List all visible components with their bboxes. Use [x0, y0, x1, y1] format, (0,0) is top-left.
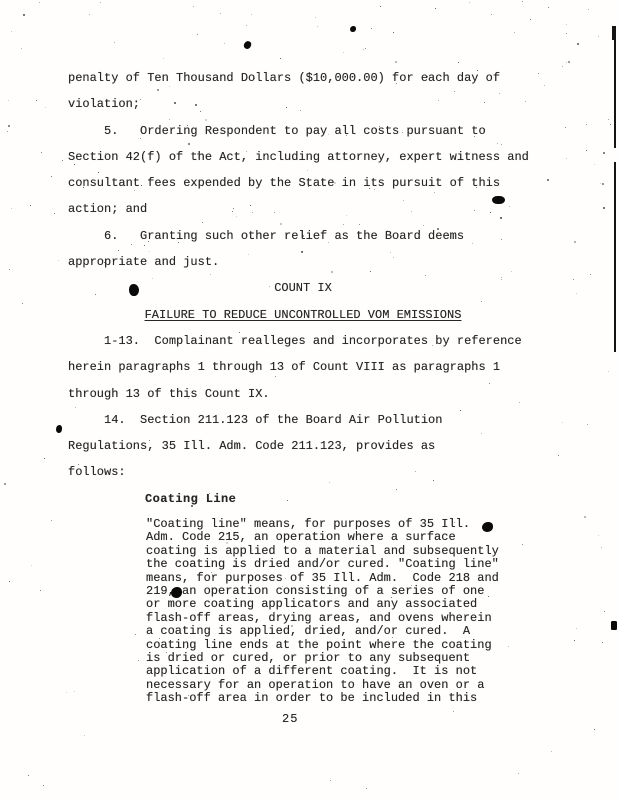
noise-speck: [287, 500, 288, 501]
noise-speck: [415, 471, 416, 472]
noise-speck: [232, 211, 233, 212]
noise-speck: [454, 91, 455, 92]
noise-speck: [594, 164, 595, 165]
ink-blot: [492, 196, 505, 204]
noise-speck: [254, 78, 255, 79]
ink-blot: [171, 587, 182, 598]
noise-speck: [547, 179, 549, 181]
noise-speck: [66, 692, 67, 693]
ink-speck: [56, 425, 62, 433]
document-page: penalty of Ten Thousand Dollars ($10,000…: [0, 0, 618, 800]
noise-speck: [7, 131, 8, 132]
noise-speck: [157, 89, 159, 91]
noise-speck: [114, 42, 115, 43]
noise-speck: [8, 100, 9, 101]
noise-speck: [250, 205, 251, 206]
text-line: violation;: [68, 91, 538, 117]
noise-speck: [566, 24, 567, 25]
noise-speck: [610, 124, 611, 125]
noise-speck: [328, 157, 329, 158]
noise-speck: [509, 206, 510, 207]
quote-line: the coating is dried and/or cured. "Coat…: [146, 558, 499, 571]
quote-line: means, for purposes of 35 Ill. Adm. Code…: [146, 572, 499, 585]
noise-speck: [344, 185, 345, 186]
noise-speck: [135, 634, 136, 635]
ink-speck: [243, 40, 252, 50]
noise-speck: [36, 100, 37, 101]
noise-speck: [302, 235, 304, 237]
noise-speck: [390, 252, 391, 253]
noise-speck: [83, 187, 84, 188]
noise-speck: [551, 751, 552, 752]
definition-heading: Coating Line: [145, 492, 236, 506]
noise-speck: [280, 58, 281, 59]
noise-speck: [577, 43, 579, 45]
noise-speck: [62, 160, 63, 161]
text-line: 1-13. Complainant realleges and incorpor…: [68, 328, 538, 354]
noise-speck: [587, 424, 588, 425]
scan-edge-line: [612, 26, 616, 40]
text-line: appropriate and just.: [68, 249, 538, 275]
noise-speck: [104, 262, 105, 263]
noise-speck: [286, 107, 287, 108]
noise-speck: [501, 279, 502, 280]
noise-speck: [530, 19, 531, 20]
noise-speck: [41, 152, 42, 153]
quote-line: coating line ends at the point where the…: [146, 639, 499, 652]
noise-speck: [562, 66, 563, 67]
noise-speck: [78, 464, 79, 465]
noise-speck: [74, 164, 75, 165]
noise-speck: [602, 183, 604, 185]
noise-speck: [522, 1, 523, 2]
noise-speck: [118, 250, 119, 251]
noise-speck: [40, 590, 41, 591]
noise-speck: [22, 303, 23, 304]
noise-speck: [469, 2, 470, 3]
noise-speck: [248, 254, 249, 255]
ink-speck: [350, 26, 356, 32]
noise-speck: [274, 212, 275, 213]
noise-speck: [238, 579, 239, 580]
noise-speck: [134, 190, 135, 191]
noise-speck: [294, 289, 295, 290]
noise-speck: [11, 208, 12, 209]
noise-speck: [598, 535, 599, 536]
noise-speck: [370, 271, 371, 272]
text-line: 14. Section 211.123 of the Board Air Pol…: [68, 407, 538, 433]
noise-speck: [30, 205, 31, 206]
noise-speck: [188, 143, 190, 145]
noise-speck: [346, 135, 347, 136]
noise-speck: [365, 48, 366, 49]
noise-speck: [84, 735, 85, 736]
noise-speck: [8, 125, 10, 127]
noise-speck: [23, 14, 25, 16]
noise-speck: [169, 86, 170, 87]
noise-speck: [195, 104, 197, 106]
noise-speck: [602, 642, 603, 643]
noise-speck: [43, 785, 44, 786]
noise-speck: [334, 182, 336, 184]
noise-speck: [603, 152, 605, 154]
noise-speck: [233, 565, 235, 567]
noise-speck: [586, 150, 587, 151]
noise-speck: [476, 187, 477, 188]
noise-speck: [131, 244, 132, 245]
noise-speck: [433, 480, 434, 481]
text-line: follows:: [68, 459, 538, 485]
noise-speck: [178, 242, 179, 243]
noise-speck: [285, 578, 286, 579]
noise-speck: [236, 216, 237, 217]
noise-speck: [209, 493, 210, 494]
noise-speck: [379, 126, 380, 127]
noise-speck: [343, 52, 344, 53]
scan-edge-line: [614, 162, 616, 352]
main-text-block: penalty of Ten Thousand Dollars ($10,000…: [68, 65, 538, 486]
noise-speck: [437, 228, 439, 230]
noise-speck: [282, 586, 283, 587]
noise-speck: [363, 49, 364, 50]
noise-speck: [346, 215, 347, 216]
noise-speck: [188, 695, 189, 696]
noise-speck: [366, 788, 367, 789]
scan-edge-line: [614, 26, 616, 148]
noise-speck: [387, 230, 388, 231]
noise-speck: [491, 14, 492, 15]
noise-speck: [501, 144, 502, 145]
noise-speck: [246, 151, 247, 152]
noise-speck: [514, 32, 515, 33]
noise-speck: [149, 440, 150, 441]
count-subheading: FAILURE TO REDUCE UNCONTROLLED VOM EMISS…: [68, 302, 538, 328]
noise-speck: [586, 124, 587, 125]
noise-speck: [89, 14, 90, 15]
noise-speck: [566, 158, 567, 159]
ink-blot: [129, 284, 139, 296]
noise-speck: [210, 274, 211, 275]
noise-speck: [58, 260, 59, 261]
noise-speck: [500, 217, 502, 219]
noise-speck: [432, 345, 433, 346]
noise-speck: [265, 547, 266, 548]
noise-speck: [149, 251, 150, 252]
noise-speck: [411, 585, 412, 586]
quote-line: necessary for an operation to have an ov…: [146, 679, 499, 692]
noise-speck: [501, 239, 502, 240]
noise-speck: [140, 99, 141, 100]
noise-speck: [393, 32, 394, 33]
noise-speck: [601, 547, 602, 548]
noise-speck: [169, 119, 170, 120]
noise-speck: [379, 363, 380, 364]
noise-speck: [518, 773, 519, 774]
noise-speck: [300, 110, 301, 111]
noise-speck: [51, 520, 52, 521]
noise-speck: [31, 565, 32, 566]
ink-blot: [482, 522, 493, 532]
noise-speck: [474, 136, 475, 137]
noise-speck: [434, 192, 435, 193]
noise-speck: [9, 581, 10, 582]
noise-speck: [395, 61, 397, 63]
noise-speck: [402, 132, 403, 133]
noise-speck: [484, 102, 485, 103]
noise-speck: [45, 107, 46, 108]
noise-speck: [54, 213, 55, 214]
noise-speck: [501, 277, 502, 278]
noise-speck: [329, 482, 330, 483]
noise-speck: [576, 293, 577, 294]
noise-speck: [28, 775, 29, 776]
noise-speck: [51, 176, 52, 177]
noise-speck: [205, 119, 207, 121]
quote-line: 219, an operation consisting of a series…: [146, 585, 499, 598]
noise-speck: [481, 433, 482, 434]
noise-speck: [374, 189, 375, 190]
noise-speck: [291, 625, 293, 627]
quote-line: a coating is applied, dried, and/or cure…: [146, 625, 499, 638]
noise-speck: [576, 628, 577, 629]
noise-speck: [519, 402, 520, 403]
noise-speck: [393, 257, 394, 258]
noise-speck: [269, 286, 270, 287]
noise-speck: [44, 458, 45, 459]
noise-speck: [98, 172, 99, 173]
ink-speck: [611, 621, 617, 630]
noise-speck: [301, 251, 303, 253]
quote-line: is dried or cured, or prior to any subse…: [146, 652, 499, 665]
text-line: through 13 of this Count IX.: [68, 381, 538, 407]
noise-speck: [21, 48, 22, 49]
text-line: herein paragraphs 1 through 13 of Count …: [68, 354, 538, 380]
noise-speck: [163, 58, 164, 59]
noise-speck: [186, 648, 187, 649]
noise-speck: [252, 212, 253, 213]
noise-speck: [598, 36, 599, 37]
noise-speck: [511, 271, 512, 272]
noise-speck: [200, 111, 201, 112]
text-line: action; and: [68, 196, 538, 222]
noise-speck: [141, 185, 142, 186]
noise-speck: [202, 222, 203, 223]
noise-speck: [603, 207, 605, 209]
noise-speck: [191, 505, 193, 507]
noise-speck: [144, 245, 145, 246]
noise-speck: [403, 200, 404, 201]
noise-speck: [308, 186, 309, 187]
noise-speck: [233, 208, 234, 209]
noise-speck: [331, 271, 333, 273]
noise-speck: [566, 62, 567, 63]
noise-speck: [148, 241, 149, 242]
noise-speck: [608, 371, 609, 372]
noise-speck: [320, 185, 321, 186]
noise-speck: [9, 269, 10, 270]
noise-speck: [392, 637, 393, 638]
noise-speck: [396, 83, 397, 84]
noise-speck: [220, 13, 221, 14]
noise-speck: [558, 455, 559, 456]
noise-speck: [193, 6, 194, 7]
noise-speck: [330, 780, 331, 781]
noise-speck: [423, 225, 424, 226]
noise-speck: [138, 660, 139, 661]
noise-speck: [75, 407, 76, 408]
noise-speck: [246, 25, 247, 26]
noise-speck: [328, 134, 329, 135]
noise-speck: [499, 93, 500, 94]
noise-speck: [307, 170, 308, 171]
noise-speck: [425, 275, 426, 276]
noise-speck: [497, 143, 498, 144]
noise-speck: [226, 542, 228, 544]
noise-speck: [604, 611, 605, 612]
noise-speck: [275, 376, 276, 377]
noise-speck: [411, 211, 412, 212]
noise-speck: [460, 410, 461, 411]
noise-speck: [454, 522, 455, 523]
noise-speck: [435, 8, 436, 9]
noise-speck: [328, 242, 329, 243]
noise-speck: [317, 26, 318, 27]
quote-line: flash-off areas, drying areas, and ovens…: [146, 612, 499, 625]
quote-line: application of a different coating. It i…: [146, 665, 499, 678]
noise-speck: [152, 278, 153, 279]
noise-speck: [588, 9, 589, 10]
noise-speck: [280, 223, 282, 225]
noise-speck: [481, 301, 482, 302]
noise-speck: [264, 155, 265, 156]
noise-speck: [594, 729, 595, 730]
noise-speck: [166, 652, 167, 653]
quote-line: Adm. Code 215, an operation where a surf…: [146, 531, 499, 544]
noise-speck: [438, 100, 439, 101]
noise-speck: [224, 43, 225, 44]
noise-speck: [458, 62, 459, 63]
noise-speck: [4, 483, 6, 485]
noise-speck: [188, 398, 189, 399]
quote-line: flash-off area in order to be included i…: [146, 692, 499, 705]
text-line: 5. Ordering Respondent to pay all costs …: [68, 118, 538, 144]
noise-speck: [100, 2, 101, 3]
noise-speck: [239, 332, 240, 333]
noise-speck: [590, 274, 591, 275]
noise-speck: [105, 153, 106, 154]
noise-speck: [538, 73, 539, 74]
noise-speck: [140, 138, 141, 139]
noise-speck: [608, 119, 609, 120]
noise-speck: [369, 188, 370, 189]
noise-speck: [525, 101, 526, 102]
noise-speck: [562, 422, 563, 423]
noise-speck: [391, 597, 392, 598]
noise-speck: [600, 183, 601, 184]
quote-line: coating is applied to a material and sub…: [146, 545, 499, 558]
noise-speck: [159, 638, 160, 639]
noise-speck: [205, 605, 206, 606]
noise-speck: [371, 28, 372, 29]
noise-speck: [95, 294, 96, 295]
noise-speck: [574, 241, 576, 243]
noise-speck: [251, 14, 252, 15]
noise-speck: [411, 442, 412, 443]
noise-speck: [220, 76, 221, 77]
quote-line: or more coating applicators and any asso…: [146, 598, 499, 611]
page-number: 25: [282, 712, 298, 726]
definition-quote-block: "Coating line" means, for purposes of 35…: [146, 518, 499, 705]
noise-speck: [453, 711, 454, 712]
noise-speck: [472, 243, 473, 244]
noise-speck: [508, 646, 509, 647]
noise-speck: [544, 85, 545, 86]
noise-speck: [343, 224, 344, 225]
noise-speck: [171, 614, 172, 615]
noise-speck: [574, 640, 575, 641]
noise-speck: [39, 2, 40, 3]
text-line: consultant fees expended by the State in…: [68, 170, 538, 196]
noise-speck: [197, 34, 198, 35]
noise-speck: [427, 76, 428, 77]
noise-speck: [522, 544, 523, 545]
noise-speck: [566, 33, 567, 34]
noise-speck: [584, 516, 586, 518]
text-line: Regulations, 35 Ill. Adm. Code 211.123, …: [68, 433, 538, 459]
noise-speck: [565, 127, 566, 128]
noise-speck: [396, 489, 397, 490]
noise-speck: [359, 224, 360, 225]
noise-speck: [477, 70, 478, 71]
noise-speck: [490, 212, 491, 213]
noise-speck: [315, 17, 316, 18]
noise-speck: [211, 572, 212, 573]
noise-speck: [380, 6, 381, 7]
noise-speck: [489, 383, 490, 384]
quote-line: "Coating line" means, for purposes of 35…: [146, 518, 499, 531]
noise-speck: [174, 102, 176, 104]
noise-speck: [573, 279, 574, 280]
text-line: Section 42(f) of the Act, including atto…: [68, 144, 538, 170]
noise-speck: [568, 61, 570, 63]
noise-speck: [197, 153, 199, 155]
noise-speck: [74, 691, 75, 692]
noise-speck: [548, 7, 549, 8]
text-line: penalty of Ten Thousand Dollars ($10,000…: [68, 65, 538, 91]
noise-speck: [488, 596, 489, 597]
noise-speck: [187, 125, 188, 126]
noise-speck: [474, 210, 475, 211]
noise-speck: [11, 31, 12, 32]
